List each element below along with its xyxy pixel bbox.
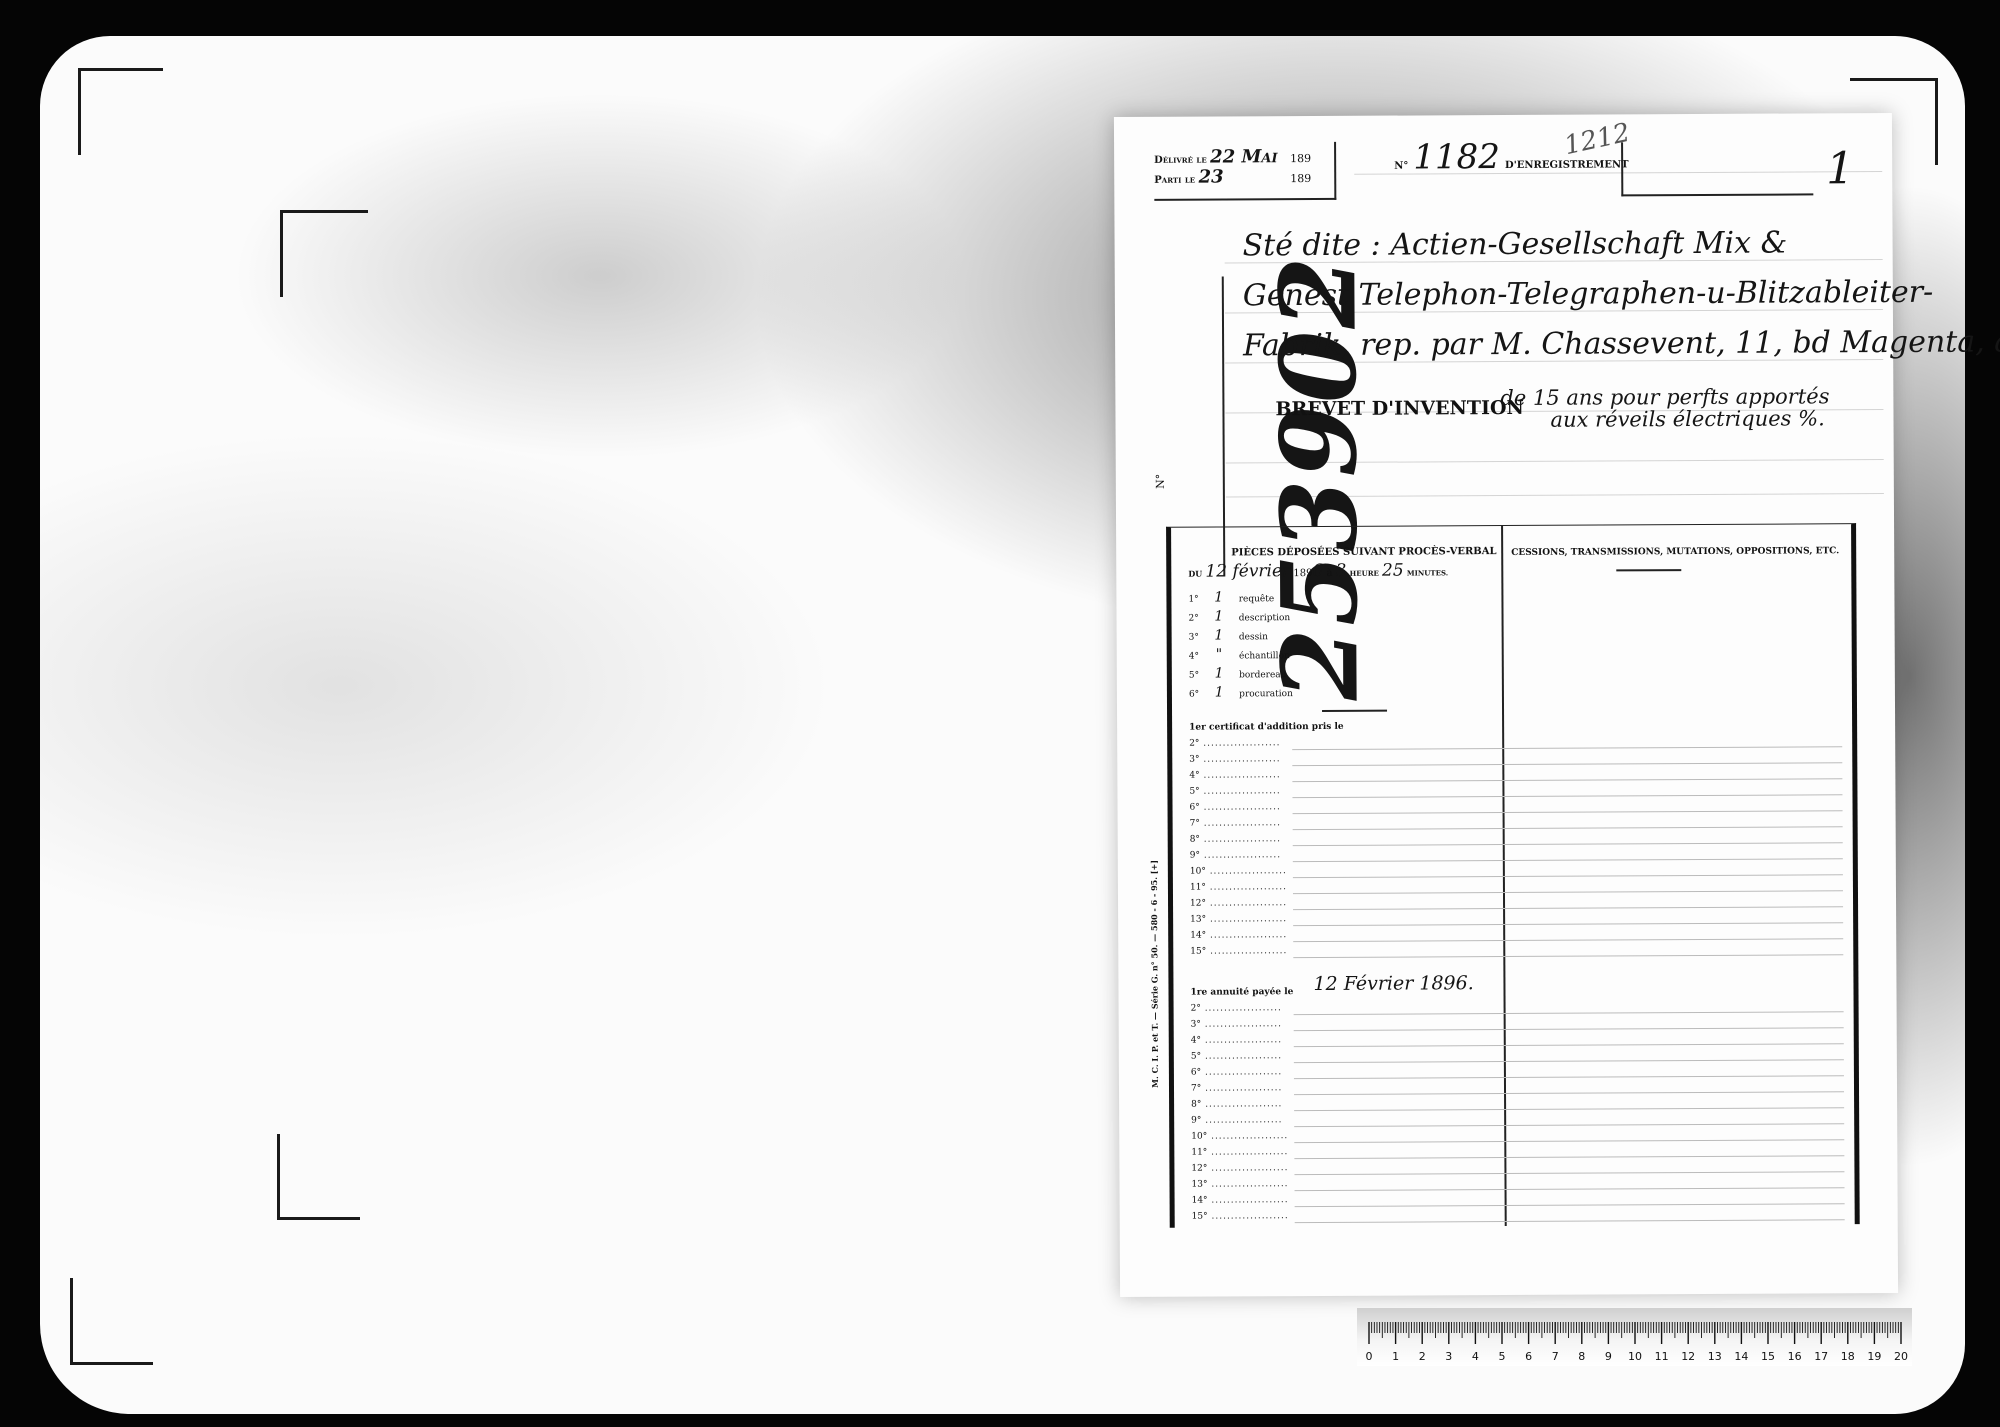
row-index: 2°	[1191, 1004, 1201, 1014]
register-row: 5° ....................	[1191, 1051, 1282, 1061]
register-row: 12° ....................	[1190, 898, 1287, 909]
piece-count: 1	[1199, 589, 1239, 605]
row-leader: ....................	[1200, 786, 1281, 796]
row-rule	[1293, 922, 1843, 926]
row-rule	[1294, 1171, 1844, 1175]
svg-text:3: 3	[1445, 1350, 1452, 1363]
svg-text:12: 12	[1681, 1350, 1695, 1363]
register-row: 7° ....................	[1190, 818, 1281, 828]
proces-verbal-line: DU 12 février 1896 à 3 HEURE 25 MINUTES.	[1188, 560, 1448, 581]
row-rule	[1293, 842, 1843, 846]
piece-item: 5°1bordereau	[1189, 665, 1287, 682]
row-leader: ....................	[1201, 1051, 1282, 1061]
register-row: 9° ....................	[1191, 1115, 1282, 1125]
owner-line-3: Fabrik, rep. par M. Chassevent, 11, bd M…	[1243, 324, 2000, 364]
row-leader: ....................	[1201, 1003, 1282, 1013]
row-leader: ....................	[1201, 1067, 1282, 1077]
piece-item: 4°"échantillon	[1189, 646, 1290, 663]
row-rule	[1293, 826, 1843, 830]
delivery-date-box: Délivré le 22 Mai 189 Parti le 23 189	[1154, 142, 1336, 201]
register-row: 11° ....................	[1190, 882, 1287, 893]
piece-label: description	[1239, 613, 1290, 623]
row-leader: ....................	[1201, 1099, 1282, 1109]
row-leader: ....................	[1206, 898, 1287, 908]
row-leader: ....................	[1206, 930, 1287, 940]
register-grid: PIÈCES DÉPOSÉES SUIVANT PROCÈS-VERBAL DU…	[1166, 523, 1860, 1228]
row-rule	[1294, 1139, 1844, 1143]
row-rule	[1293, 954, 1843, 958]
patent-register-sheet: Délivré le 22 Mai 189 Parti le 23 189 N°…	[1114, 113, 1898, 1297]
row-index: 5°	[1191, 1052, 1201, 1062]
row-rule	[1294, 1027, 1844, 1031]
row-leader: ....................	[1206, 882, 1287, 892]
row-leader: ....................	[1201, 1019, 1282, 1029]
sent-year: 189	[1290, 172, 1311, 185]
row-index: 14°	[1190, 931, 1206, 941]
svg-text:6: 6	[1525, 1350, 1532, 1363]
sent-value: 23	[1199, 166, 1224, 187]
svg-text:9: 9	[1605, 1350, 1612, 1363]
row-leader: ....................	[1207, 1163, 1288, 1173]
crop-mark-top-left-outer	[78, 68, 163, 155]
register-row: 7° ....................	[1191, 1083, 1282, 1093]
row-leader: ....................	[1200, 770, 1281, 780]
row-leader: ....................	[1201, 1083, 1282, 1093]
registration-number: 1182	[1413, 137, 1500, 177]
row-leader: ....................	[1206, 914, 1287, 924]
row-index: 15°	[1192, 1212, 1208, 1222]
row-index: 6°	[1190, 803, 1200, 813]
svg-text:16: 16	[1788, 1350, 1802, 1363]
row-rule	[1295, 1203, 1845, 1207]
register-row: 8° ....................	[1191, 1099, 1282, 1109]
row-rule	[1294, 1075, 1844, 1079]
svg-text:20: 20	[1894, 1350, 1908, 1363]
svg-text:13: 13	[1708, 1350, 1722, 1363]
piece-count: 1	[1199, 627, 1239, 643]
section-divider	[1322, 710, 1387, 712]
register-row: 9° ....................	[1190, 850, 1281, 860]
row-leader: ....................	[1208, 1195, 1289, 1205]
row-leader: ....................	[1207, 1147, 1288, 1157]
register-row: 14° ....................	[1190, 930, 1287, 941]
register-row: 14° ....................	[1192, 1195, 1289, 1206]
svg-text:7: 7	[1552, 1350, 1559, 1363]
owner-line-1: Sté dite : Actien-Gesellschaft Mix &	[1243, 226, 1788, 264]
row-index: 15°	[1190, 947, 1206, 957]
register-row: 15° ....................	[1190, 946, 1287, 957]
pieces-title: PIÈCES DÉPOSÉES SUIVANT PROCÈS-VERBAL	[1231, 546, 1496, 558]
register-row: 10° ....................	[1191, 1131, 1288, 1142]
register-row: 3° ....................	[1191, 1019, 1282, 1029]
row-rule	[1294, 1059, 1844, 1063]
row-index: 9°	[1190, 851, 1200, 861]
row-rule	[1295, 1219, 1845, 1223]
svg-text:0: 0	[1366, 1350, 1373, 1363]
row-index: 12°	[1190, 899, 1206, 909]
piece-index: 6°	[1189, 690, 1199, 700]
registration-prefix: N°	[1394, 161, 1408, 172]
register-row: 4° ....................	[1191, 1035, 1282, 1045]
row-rule	[1294, 1107, 1844, 1111]
piece-index: 2°	[1189, 614, 1199, 624]
svg-text:18: 18	[1841, 1350, 1855, 1363]
row-index: 4°	[1191, 1036, 1201, 1046]
sent-label: Parti le	[1154, 175, 1195, 186]
piece-label: bordereau	[1239, 670, 1286, 680]
piece-index: 4°	[1189, 652, 1199, 662]
piece-label: requête	[1239, 594, 1275, 604]
register-row: 6° ....................	[1190, 802, 1281, 812]
row-index: 10°	[1190, 867, 1206, 877]
row-rule	[1293, 938, 1843, 942]
row-index: 3°	[1191, 1020, 1201, 1030]
row-leader: ....................	[1201, 1115, 1282, 1125]
svg-text:17: 17	[1814, 1350, 1828, 1363]
piece-index: 1°	[1188, 595, 1198, 605]
register-row: 15° ....................	[1192, 1211, 1289, 1222]
register-row: 3° ....................	[1189, 754, 1280, 764]
svg-text:1: 1	[1392, 1350, 1399, 1363]
owner-line-2: Genest Telephon-Telegraphen-u-Blitzablei…	[1243, 275, 1934, 314]
row-index: 8°	[1190, 835, 1200, 845]
register-row: 11° ....................	[1191, 1147, 1288, 1158]
svg-text:2: 2	[1419, 1350, 1426, 1363]
row-leader: ....................	[1199, 738, 1280, 748]
row-leader: ....................	[1199, 754, 1280, 764]
row-rule	[1292, 762, 1842, 766]
ruler-scale: 01234567891011121314151617181920	[1357, 1308, 1912, 1366]
register-row: 12° ....................	[1191, 1163, 1288, 1174]
register-row: 5° ....................	[1189, 786, 1280, 796]
crop-mark-bottom-left-outer	[70, 1278, 153, 1365]
register-row: 4° ....................	[1189, 770, 1280, 780]
row-leader: ....................	[1200, 834, 1281, 844]
certificate-first-label: 1er certificat d'addition pris le	[1189, 722, 1344, 733]
row-index: 9°	[1191, 1116, 1201, 1126]
register-row: 13° ....................	[1190, 914, 1287, 925]
piece-item: 1°1requête	[1188, 589, 1274, 605]
piece-index: 3°	[1189, 633, 1199, 643]
row-rule	[1295, 1187, 1845, 1191]
page-number: 1	[1826, 143, 1854, 194]
svg-text:11: 11	[1655, 1350, 1669, 1363]
row-index: 7°	[1191, 1084, 1201, 1094]
piece-label: dessin	[1239, 632, 1268, 642]
row-rule	[1294, 1155, 1844, 1159]
row-leader: ....................	[1200, 850, 1281, 860]
register-row: 2° ....................	[1191, 1003, 1282, 1013]
row-index: 6°	[1191, 1068, 1201, 1078]
row-rule	[1292, 794, 1842, 798]
printer-imprint: M. C. I. P. et T. — Série G. n° 50. — 58…	[1149, 860, 1160, 1088]
row-leader: ....................	[1206, 866, 1287, 876]
piece-item: 2°1description	[1188, 608, 1290, 625]
svg-text:4: 4	[1472, 1350, 1479, 1363]
row-index: 13°	[1191, 1180, 1207, 1190]
piece-count: 1	[1199, 684, 1239, 700]
row-rule	[1294, 1011, 1844, 1015]
row-leader: ....................	[1201, 1035, 1282, 1045]
piece-count: 1	[1199, 608, 1239, 624]
register-row: 8° ....................	[1190, 834, 1281, 844]
crop-mark-top-left-inner	[280, 210, 368, 297]
row-rule	[1294, 1091, 1844, 1095]
title-note-line-2: aux réveils électriques %.	[1500, 407, 1829, 431]
piece-item: 3°1dessin	[1189, 627, 1268, 643]
piece-count: 1	[1199, 665, 1239, 681]
measurement-ruler: 01234567891011121314151617181920	[1357, 1308, 1912, 1366]
row-leader: ....................	[1200, 802, 1281, 812]
row-index: 4°	[1189, 771, 1199, 781]
row-rule	[1292, 746, 1842, 750]
piece-item: 6°1procuration	[1189, 684, 1293, 701]
row-rule	[1293, 810, 1843, 814]
patent-number-prefix: N°	[1154, 474, 1167, 489]
register-row: 2° ....................	[1189, 738, 1280, 748]
register-row: 13° ....................	[1191, 1179, 1288, 1190]
piece-label: procuration	[1239, 689, 1293, 699]
row-rule	[1293, 890, 1843, 894]
svg-text:10: 10	[1628, 1350, 1642, 1363]
piece-label: échantillon	[1239, 651, 1290, 661]
delivered-value: 22 Mai	[1210, 146, 1278, 167]
row-leader: ....................	[1207, 1179, 1288, 1189]
annuity-first-label: 1re annuité payée le	[1190, 987, 1293, 998]
register-row: 6° ....................	[1191, 1067, 1282, 1077]
row-index: 11°	[1190, 883, 1206, 893]
title-note: de 15 ans pour perfts apportés aux révei…	[1500, 385, 1829, 431]
row-rule	[1294, 1123, 1844, 1127]
row-leader: ....................	[1206, 946, 1287, 956]
registration-label: D'ENREGISTREMENT	[1505, 159, 1629, 171]
row-index: 12°	[1191, 1164, 1207, 1174]
svg-text:8: 8	[1578, 1350, 1585, 1363]
row-index: 8°	[1191, 1100, 1201, 1110]
title-label: BREVET D'INVENTION	[1275, 397, 1524, 420]
row-index: 5°	[1189, 787, 1199, 797]
corner-box	[1621, 141, 1813, 196]
row-leader: ....................	[1208, 1211, 1289, 1221]
piece-count: "	[1199, 646, 1239, 662]
delivered-year: 189	[1290, 152, 1311, 165]
transfers-divider	[1616, 569, 1681, 571]
crop-mark-bottom-left-inner	[277, 1134, 360, 1220]
row-index: 7°	[1190, 819, 1200, 829]
row-rule	[1293, 906, 1843, 910]
row-leader: ....................	[1200, 818, 1281, 828]
svg-text:14: 14	[1734, 1350, 1748, 1363]
annuity-first-value: 12 Février 1896.	[1313, 972, 1473, 995]
svg-text:19: 19	[1867, 1350, 1881, 1363]
row-rule	[1294, 1043, 1844, 1047]
row-index: 3°	[1189, 755, 1199, 765]
title-note-line-1: de 15 ans pour perfts apportés	[1500, 385, 1829, 409]
row-rule	[1293, 874, 1843, 878]
row-index: 14°	[1192, 1196, 1208, 1206]
piece-index: 5°	[1189, 671, 1199, 681]
row-index: 13°	[1190, 915, 1206, 925]
row-leader: ....................	[1207, 1131, 1288, 1141]
transfers-title: CESSIONS, TRANSMISSIONS, MUTATIONS, OPPO…	[1511, 546, 1839, 558]
delivered-label: Délivré le	[1154, 155, 1207, 166]
row-index: 10°	[1191, 1132, 1207, 1142]
row-rule	[1292, 778, 1842, 782]
svg-text:5: 5	[1499, 1350, 1506, 1363]
register-row: 10° ....................	[1190, 866, 1287, 877]
row-rule	[1293, 858, 1843, 862]
row-index: 2°	[1189, 739, 1199, 749]
row-index: 11°	[1191, 1148, 1207, 1158]
svg-text:15: 15	[1761, 1350, 1775, 1363]
